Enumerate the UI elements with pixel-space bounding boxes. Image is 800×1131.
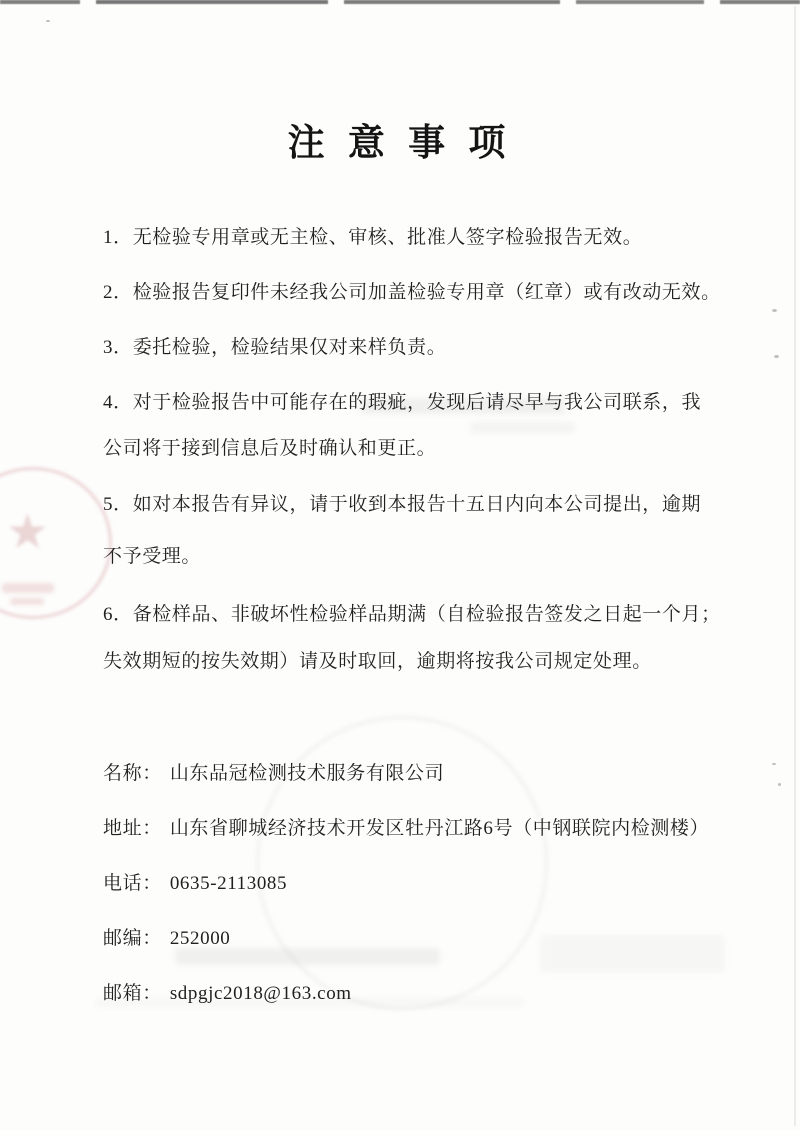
scan-edge-right bbox=[794, 6, 796, 1126]
contact-email-row: 邮箱：sdpgjc2018@163.com bbox=[103, 983, 352, 1005]
contact-zip-label: 邮编： bbox=[103, 928, 162, 949]
seal-bleedthrough-text bbox=[10, 598, 44, 605]
ghost-text bbox=[470, 422, 575, 433]
contact-address-label: 地址： bbox=[103, 818, 162, 839]
contact-email-label: 邮箱： bbox=[103, 983, 162, 1004]
contact-address-row: 地址：山东省聊城经济技术开发区牡丹江路6号（中钢联院内检测楼） bbox=[103, 818, 709, 840]
contact-zip-row: 邮编：252000 bbox=[103, 928, 230, 950]
contact-email-value: sdpgjc2018@163.com bbox=[170, 983, 352, 1004]
contact-phone-row: 电话：0635-2113085 bbox=[103, 873, 287, 895]
contact-name-row: 名称：山东品冠检测技术服务有限公司 bbox=[103, 763, 444, 785]
seal-star-icon: ★ bbox=[6, 508, 49, 556]
ghost-text bbox=[540, 935, 725, 973]
page-title: 注 意 事 项 bbox=[0, 112, 800, 166]
note-item-6-line-1: 6．备检样品、非破坏性检验样品期满（自检验报告签发之日起一个月； bbox=[103, 604, 721, 626]
note-item-4-line-2: 公司将于接到信息后及时确认和更正。 bbox=[103, 438, 436, 460]
contact-phone-value: 0635-2113085 bbox=[170, 873, 287, 894]
ghost-seal-circle bbox=[256, 716, 548, 1010]
note-item-1: 1．无检验专用章或无主检、审核、批准人签字检验报告无效。 bbox=[103, 227, 642, 249]
contact-name-value: 山东品冠检测技术服务有限公司 bbox=[170, 763, 444, 784]
scan-speck bbox=[772, 309, 777, 312]
scan-speck bbox=[774, 355, 779, 358]
contact-name-label: 名称： bbox=[103, 763, 162, 784]
contact-zip-value: 252000 bbox=[170, 928, 231, 949]
scan-speck bbox=[46, 20, 50, 22]
seal-bleedthrough-text bbox=[2, 583, 54, 593]
note-item-6-line-2: 失效期短的按失效期）请及时取回，逾期将按我公司规定处理。 bbox=[103, 651, 652, 673]
note-item-5-line-2: 不予受理。 bbox=[103, 546, 201, 568]
note-item-3: 3．委托检验，检验结果仅对来样负责。 bbox=[103, 337, 446, 359]
contact-phone-label: 电话： bbox=[103, 873, 162, 894]
note-item-2: 2．检验报告复印件未经我公司加盖检验专用章（红章）或有改动无效。 bbox=[103, 282, 721, 304]
ghost-text bbox=[175, 948, 440, 965]
note-item-5-line-1: 5．如对本报告有异议，请于收到本报告十五日内向本公司提出，逾期 bbox=[103, 494, 701, 516]
contact-address-value: 山东省聊城经济技术开发区牡丹江路6号（中钢联院内检测楼） bbox=[170, 818, 709, 839]
note-item-4-line-1: 4．对于检验报告中可能存在的瑕疵，发现后请尽早与我公司联系，我 bbox=[103, 392, 701, 414]
scan-edge-top bbox=[0, 0, 800, 4]
report-notice-page: ★ 注 意 事 项 1．无检验专用章或无主检、审核、批准人签字检验报告无效。 2… bbox=[0, 0, 800, 1131]
scan-speck bbox=[772, 763, 776, 765]
scan-speck bbox=[778, 783, 781, 786]
